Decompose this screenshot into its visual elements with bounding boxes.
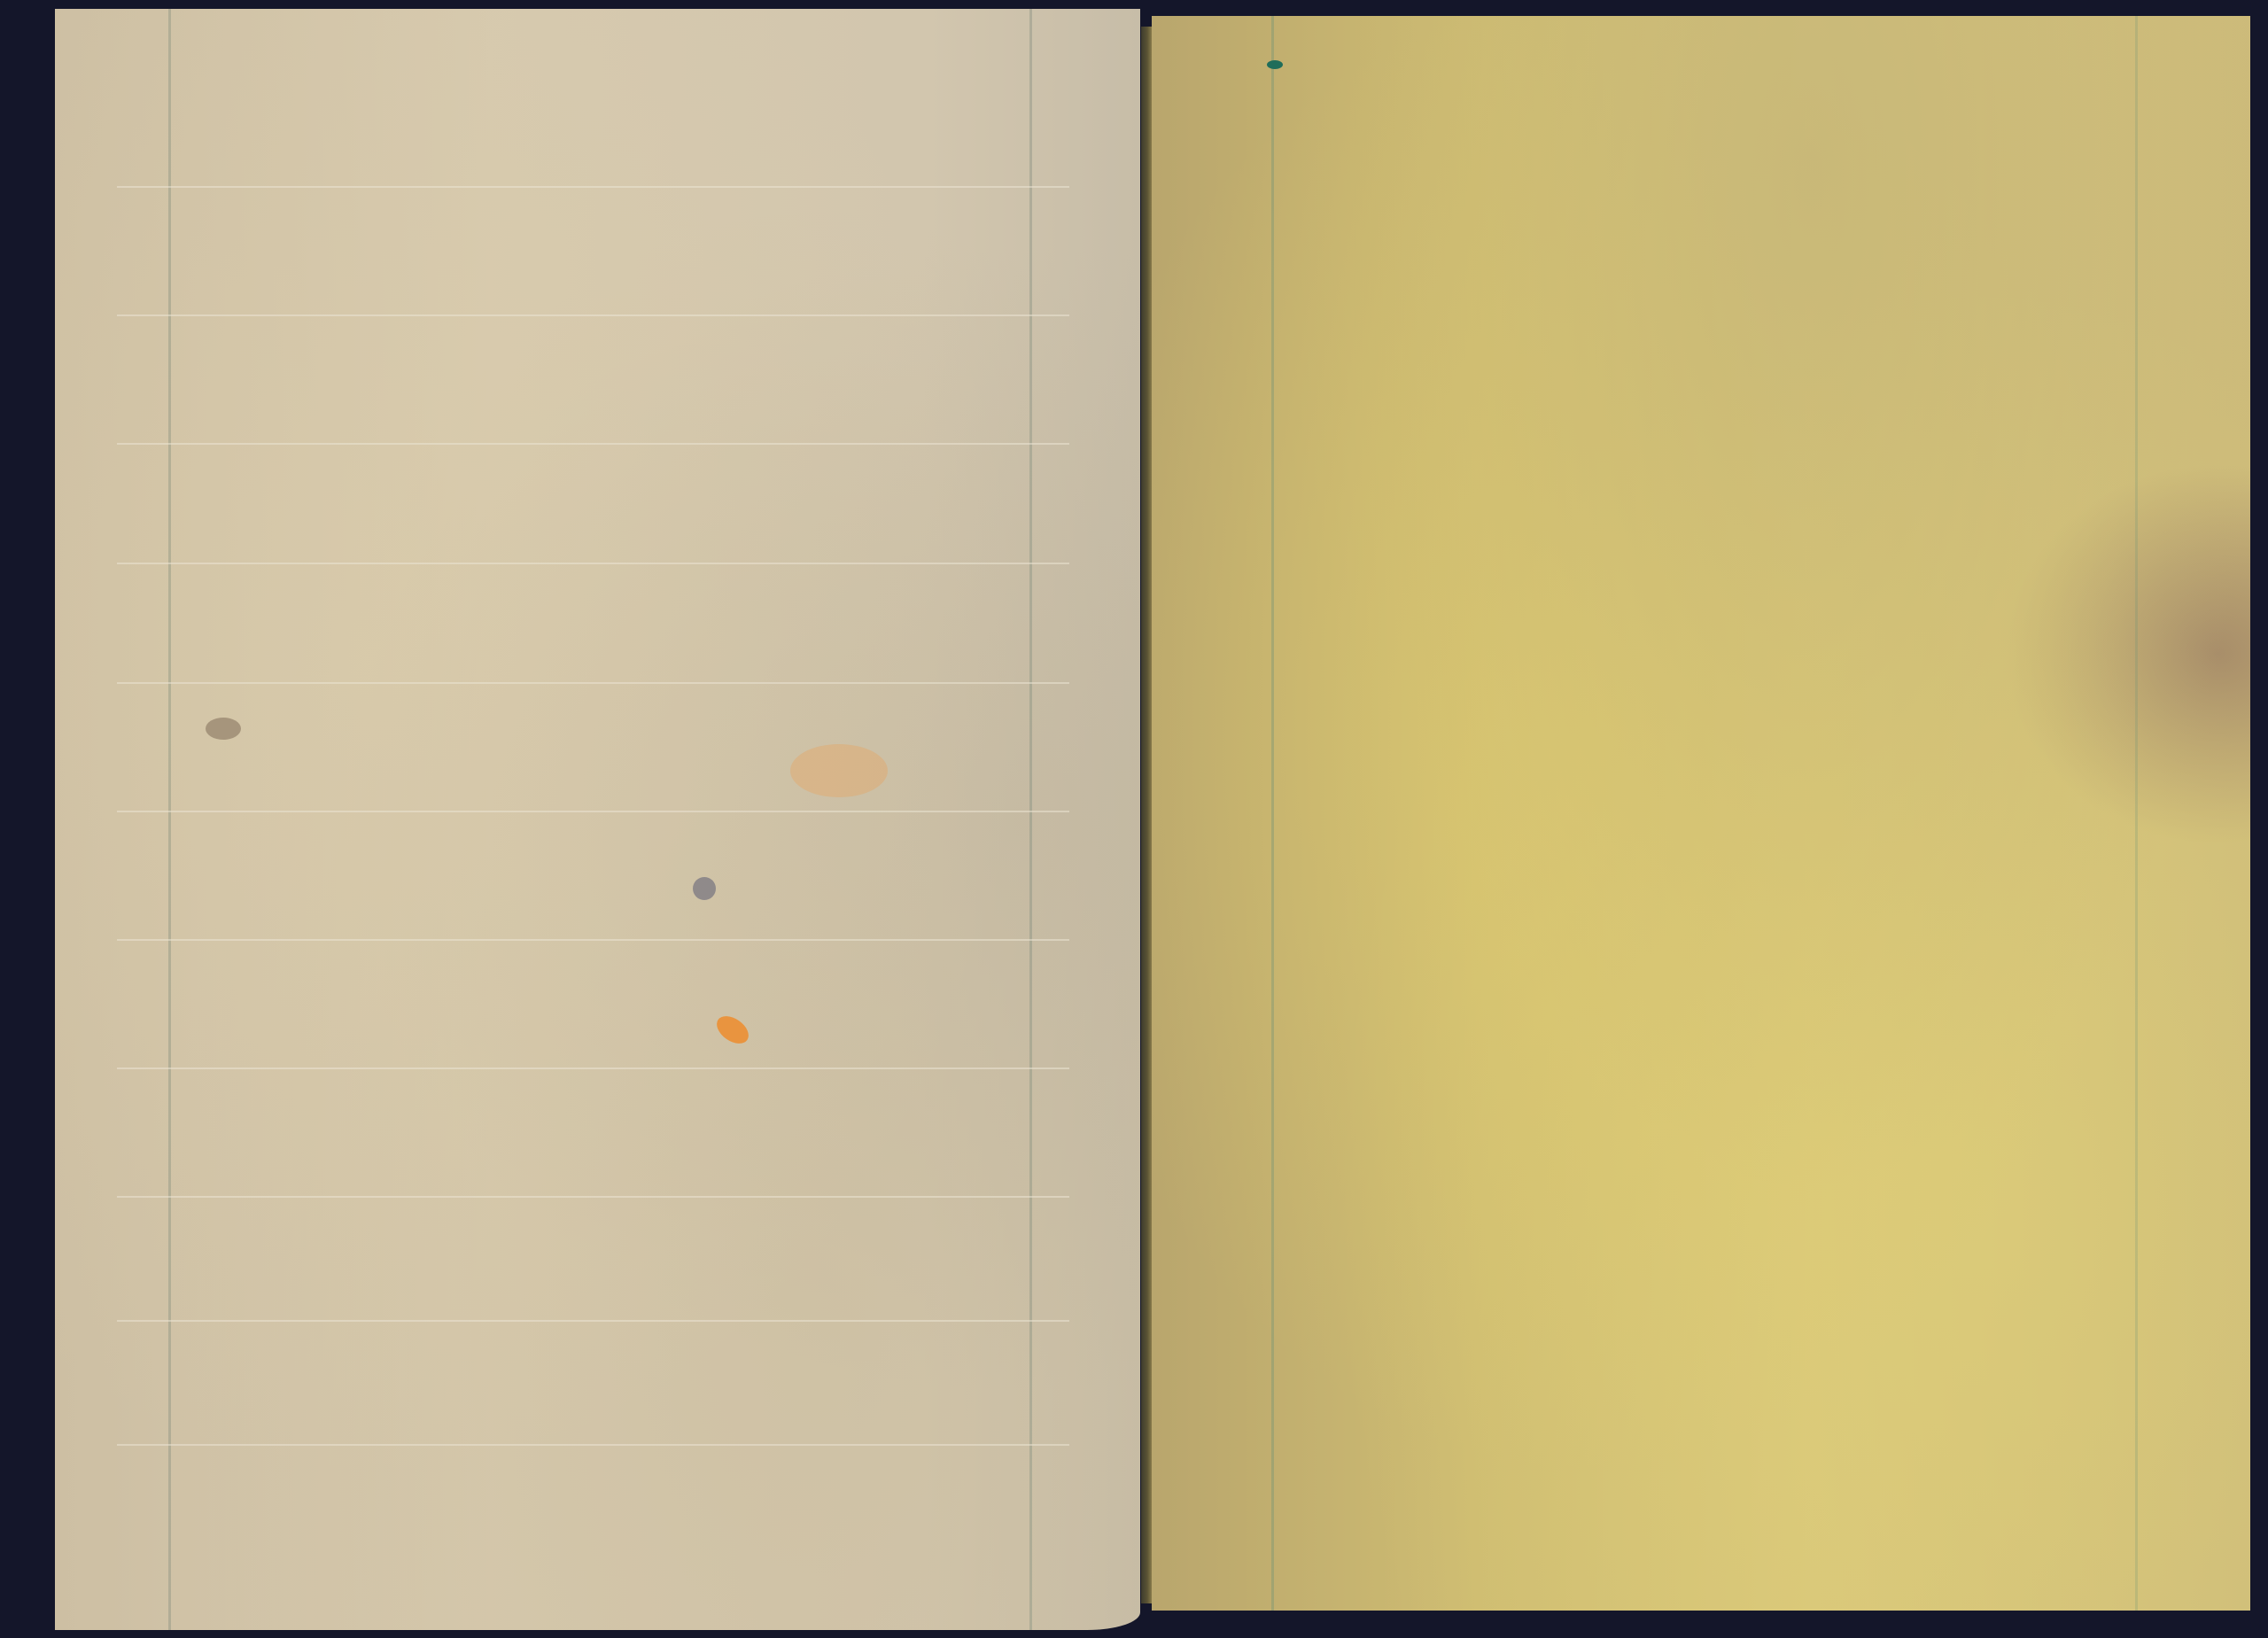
- green-ink-spot: [1267, 60, 1283, 69]
- brown-spot: [206, 718, 241, 740]
- ruled-line: [117, 1320, 1069, 1322]
- left-page: [55, 9, 1140, 1630]
- ruled-line: [117, 939, 1069, 941]
- ruled-line: [117, 1196, 1069, 1198]
- ruled-line: [117, 1067, 1069, 1069]
- left-margin-line: [168, 9, 171, 1630]
- ruled-line: [117, 186, 1069, 188]
- gray-spot: [693, 877, 716, 900]
- ruled-line: [117, 1444, 1069, 1446]
- left-margin-line: [1271, 16, 1274, 1611]
- right-margin-line: [2135, 16, 2138, 1611]
- right-page: [1152, 16, 2250, 1611]
- ruled-line: [117, 811, 1069, 812]
- ruled-line: [117, 314, 1069, 316]
- ruled-line: [117, 443, 1069, 445]
- ruled-line: [117, 563, 1069, 564]
- peach-stain: [790, 744, 888, 797]
- orange-stain: [711, 1011, 753, 1049]
- ruled-line: [117, 682, 1069, 684]
- right-margin-line: [1029, 9, 1032, 1630]
